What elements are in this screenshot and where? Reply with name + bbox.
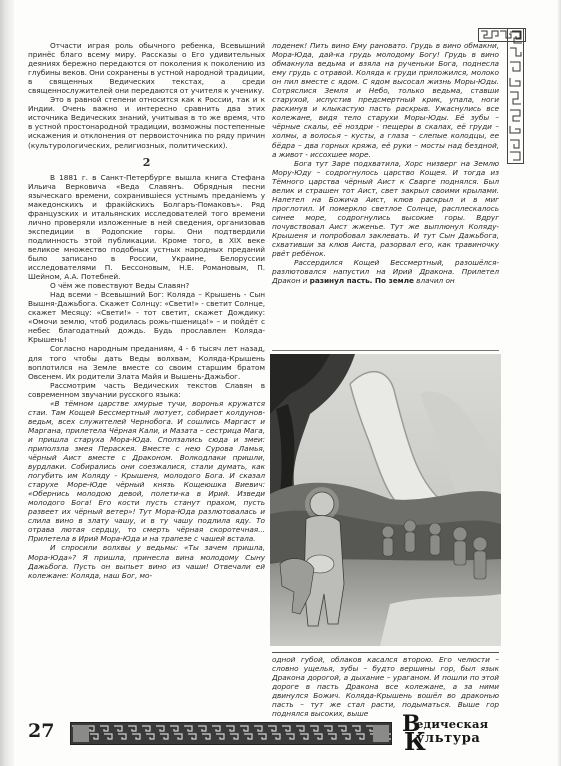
quote-paragraph: одной губой, облаков касался второю. Его…: [272, 655, 499, 718]
illustration-krishna-serpent: [270, 354, 501, 646]
body-paragraph: Над всеми – Всевышний Бог: Коляда – Крыш…: [28, 290, 265, 344]
scan-shadow-right: [557, 0, 561, 766]
page-number: 27: [28, 720, 54, 742]
illustration-rule-top: [272, 350, 499, 351]
body-paragraph: Согласно народным преданиям, 4 - 6 тысяч…: [28, 344, 265, 380]
article-right-column: лоденек! Пить вино Ему рановато. Грудь в…: [272, 41, 499, 285]
logo-line-1: едическая: [416, 717, 488, 731]
quote-text: влачил он: [414, 276, 455, 285]
article-left-column: Отчасти играя роль обычного ребенка, Все…: [28, 41, 265, 580]
quote-paragraph: И спросили волхвы у ведьмы: «Ты зачем пр…: [28, 543, 265, 579]
body-paragraph: Рассмотрим часть Ведических текстов Слав…: [28, 381, 265, 399]
article-right-column-continued: одной губой, облаков касался второю. Его…: [272, 655, 499, 718]
quote-paragraph: «В тёмном царстве хмурые тучи, воронья к…: [28, 399, 265, 544]
section-number: 2: [28, 156, 265, 169]
quote-paragraph: лоденек! Пить вино Ему рановато. Грудь в…: [272, 41, 499, 159]
ornament-border-side-icon: [507, 28, 524, 164]
scan-shadow-left: [0, 0, 14, 766]
body-paragraph: Отчасти играя роль обычного ребенка, Все…: [28, 41, 265, 95]
quote-text-bold: разинул пасть. По земле: [310, 276, 414, 285]
ornament-footer-band-icon: [70, 722, 392, 745]
illustration-rule-bottom: [272, 652, 499, 653]
body-paragraph: В 1881 г. в Санкт-Петербурге вышла книга…: [28, 173, 265, 282]
quote-paragraph: Бога тут Заре подхватила, Хорс низверг н…: [272, 159, 499, 259]
logo-line-2: ультура: [416, 731, 480, 746]
quote-paragraph: Рассердился Кощей Бессмертный, разошёлся…: [272, 258, 499, 285]
magazine-logo: В едическая К ультура: [402, 715, 512, 753]
body-paragraph: Это в равной степени относится как к Рос…: [28, 95, 265, 149]
body-paragraph: О чём же повествуют Веды Славян?: [28, 281, 265, 290]
